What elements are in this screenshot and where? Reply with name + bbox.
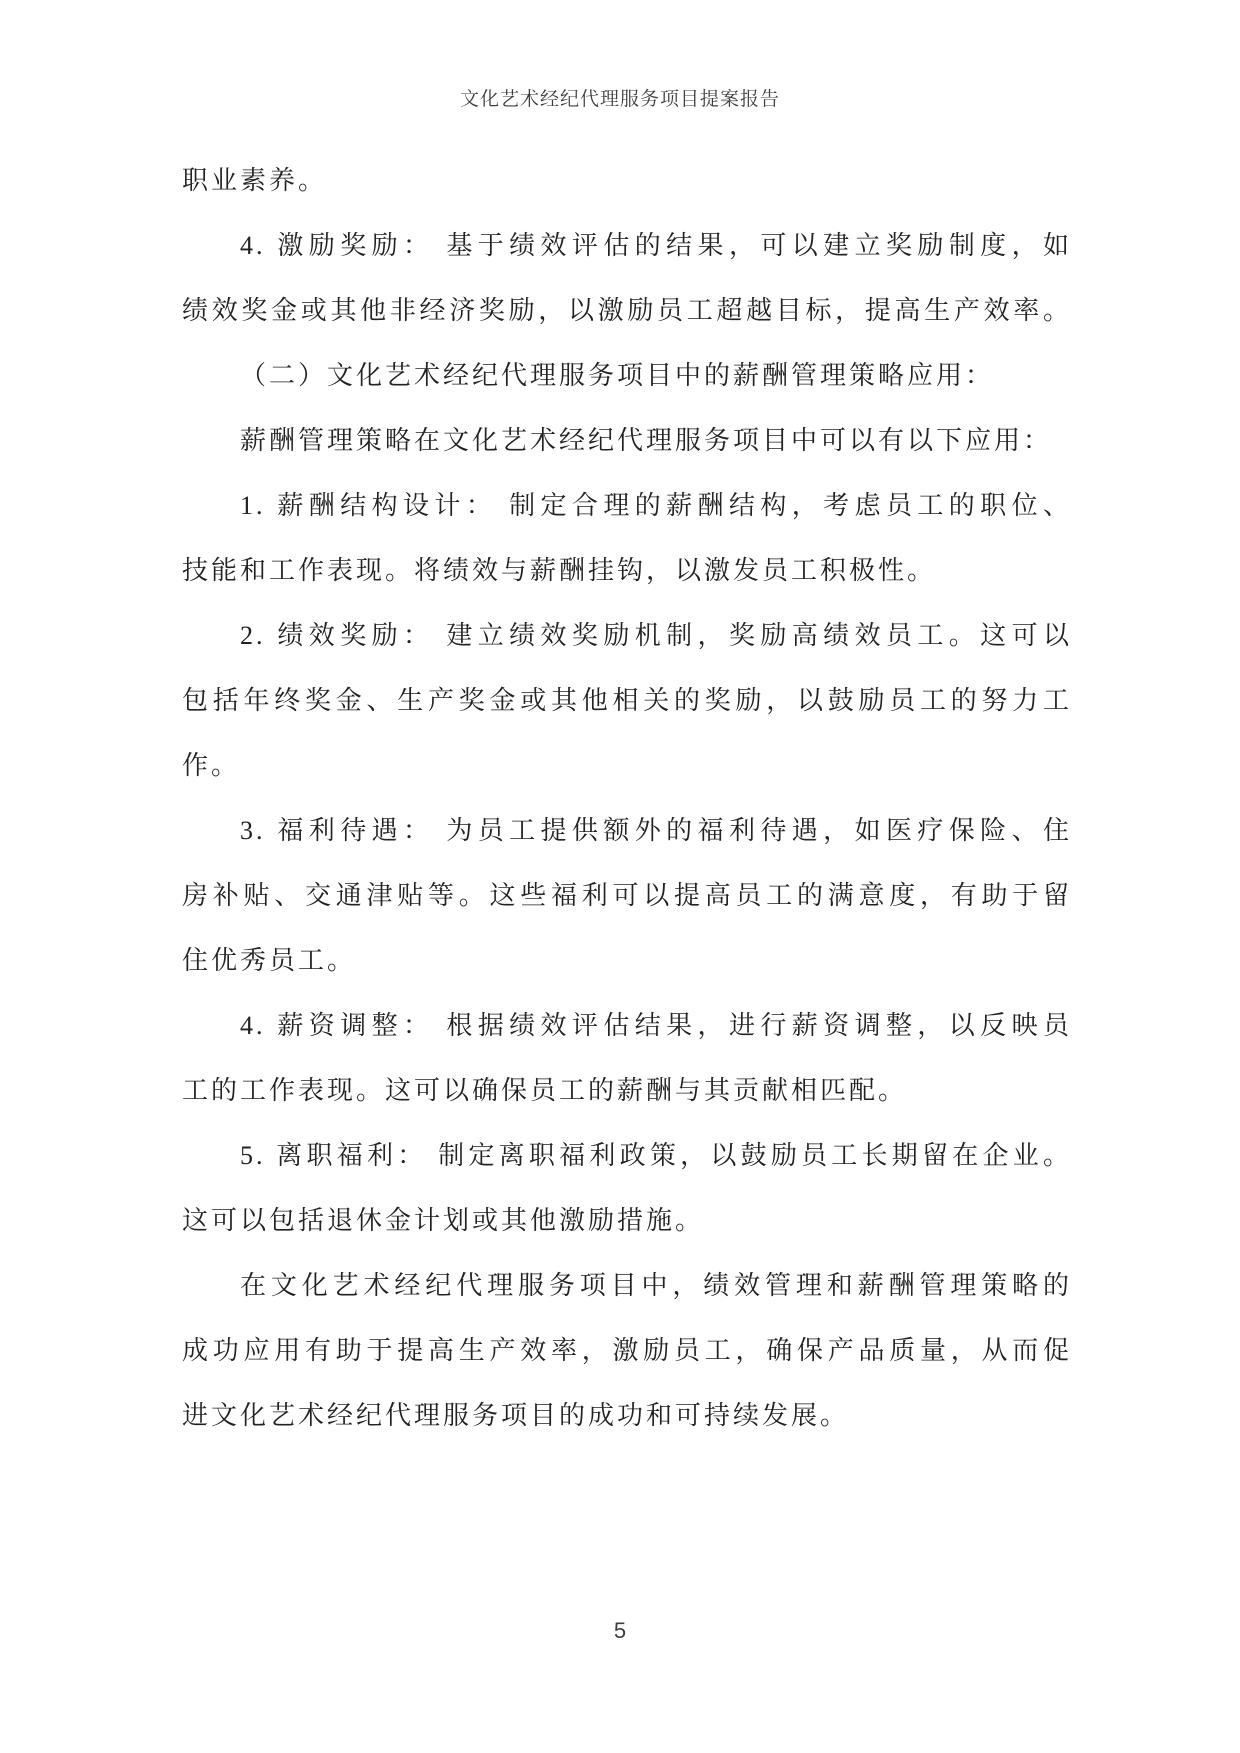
text-line: 2. 绩效奖励： 建立绩效奖励机制，奖励高绩效员工。这可以: [182, 603, 1072, 668]
text-line: 进文化艺术经纪代理服务项目的成功和可持续发展。: [182, 1383, 1072, 1448]
text-line: 薪酬管理策略在文化艺术经纪代理服务项目中可以有以下应用：: [182, 408, 1072, 473]
text-line: 1. 薪酬结构设计： 制定合理的薪酬结构，考虑员工的职位、: [182, 473, 1072, 538]
text-line: 绩效奖金或其他非经济奖励，以激励员工超越目标，提高生产效率。: [182, 278, 1072, 343]
text-line: （二）文化艺术经纪代理服务项目中的薪酬管理策略应用：: [182, 343, 1072, 408]
text-line: 技能和工作表现。将绩效与薪酬挂钩，以激发员工积极性。: [182, 538, 1072, 603]
document-header-title: 文化艺术经纪代理服务项目提案报告: [0, 84, 1240, 111]
text-line: 工的工作表现。这可以确保员工的薪酬与其贡献相匹配。: [182, 1058, 1072, 1123]
text-line: 包括年终奖金、生产奖金或其他相关的奖励，以鼓励员工的努力工: [182, 668, 1072, 733]
text-line: 4. 薪资调整： 根据绩效评估结果，进行薪资调整，以反映员: [182, 993, 1072, 1058]
text-line: 住优秀员工。: [182, 928, 1072, 993]
text-line: 4. 激励奖励： 基于绩效评估的结果，可以建立奖励制度，如: [182, 213, 1072, 278]
text-line: 5. 离职福利： 制定离职福利政策，以鼓励员工长期留在企业。: [182, 1123, 1072, 1188]
text-line: 在文化艺术经纪代理服务项目中，绩效管理和薪酬管理策略的: [182, 1253, 1072, 1318]
document-body: 职业素养。4. 激励奖励： 基于绩效评估的结果，可以建立奖励制度，如绩效奖金或其…: [182, 148, 1072, 1448]
text-line: 这可以包括退休金计划或其他激励措施。: [182, 1188, 1072, 1253]
text-line: 3. 福利待遇： 为员工提供额外的福利待遇，如医疗保险、住: [182, 798, 1072, 863]
text-line: 房补贴、交通津贴等。这些福利可以提高员工的满意度，有助于留: [182, 863, 1072, 928]
document-page: 文化艺术经纪代理服务项目提案报告 职业素养。4. 激励奖励： 基于绩效评估的结果…: [0, 0, 1240, 1753]
text-line: 成功应用有助于提高生产效率，激励员工，确保产品质量，从而促: [182, 1318, 1072, 1383]
text-line: 作。: [182, 733, 1072, 798]
text-line: 职业素养。: [182, 148, 1072, 213]
page-number: 5: [0, 1618, 1240, 1644]
